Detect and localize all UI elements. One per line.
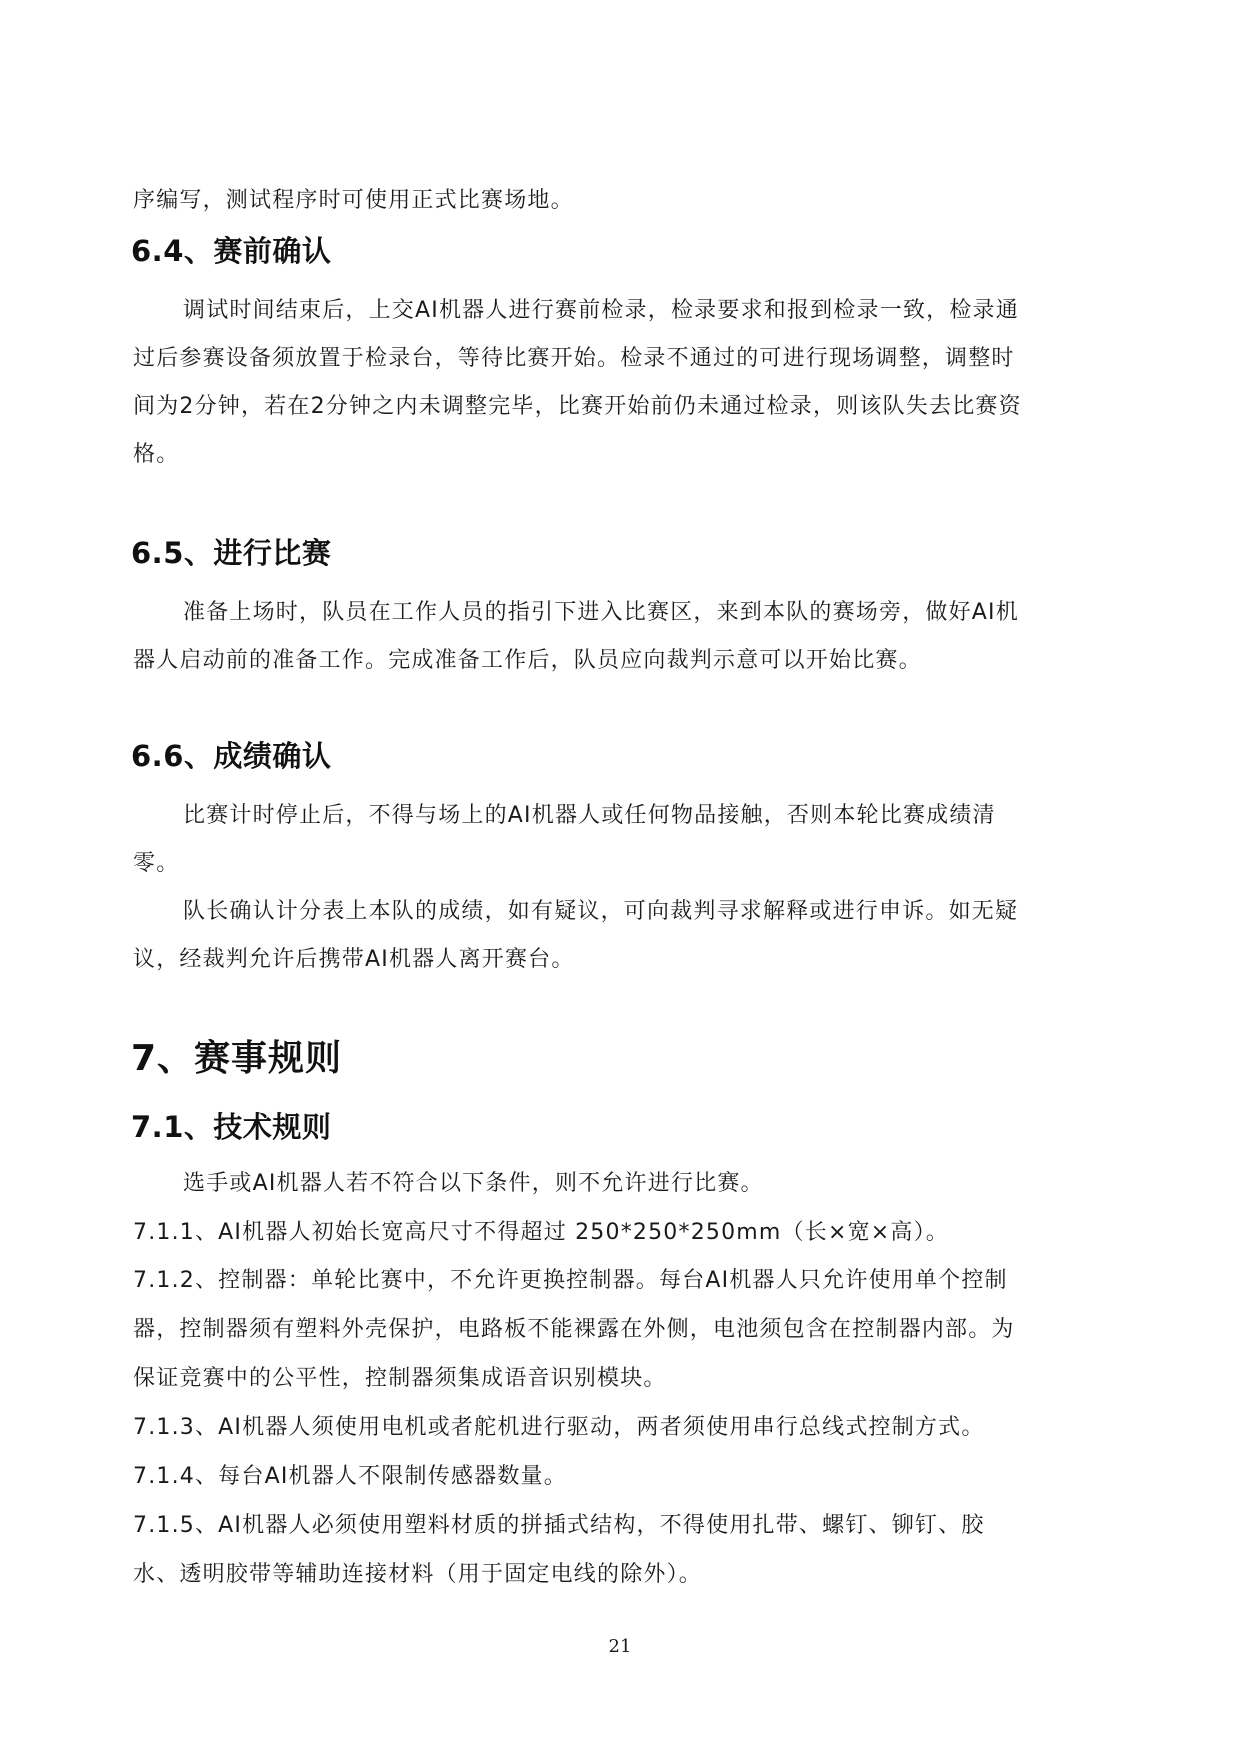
paragraph-line: 保证竞赛中的公平性，控制器须集成语音识别模块。 <box>133 1364 667 1394</box>
paragraph-line: 器，控制器须有塑料外壳保护，电路板不能裸露在外侧，电池须包含在控制器内部。为 <box>133 1315 1015 1345</box>
paragraph-line: 零。 <box>133 849 179 879</box>
paragraph-line: 间为2分钟，若在2分钟之内未调整完毕，比赛开始前仍未通过检录，则该队失去比赛资 <box>133 392 1022 422</box>
rule-item-7-1-4: 7.1.4、每台AI机器人不限制传感器数量。 <box>133 1462 567 1492</box>
paragraph-line: 过后参赛设备须放置于检录台，等待比赛开始。检录不通过的可进行现场调整，调整时 <box>133 344 1015 374</box>
rule-item-7-1-3: 7.1.3、AI机器人须使用电机或者舵机进行驱动，两者须使用串行总线式控制方式。 <box>133 1413 985 1443</box>
page-number: 21 <box>0 1636 1240 1658</box>
paragraph-line: 选手或AI机器人若不符合以下条件，则不允许进行比赛。 <box>183 1169 764 1199</box>
rule-item-7-1-5: 7.1.5、AI机器人必须使用塑料材质的拼插式结构，不得使用扎带、螺钉、铆钉、胶 <box>133 1511 985 1541</box>
section-heading-7-1: 7.1、技术规则 <box>131 1109 331 1145</box>
paragraph-line: 比赛计时停止后，不得与场上的AI机器人或任何物品接触，否则本轮比赛成绩清 <box>183 801 996 831</box>
paragraph-line: 格。 <box>133 440 179 470</box>
section-heading-6-6: 6.6、成绩确认 <box>131 738 331 774</box>
paragraph-line: 准备上场时，队员在工作人员的指引下进入比赛区，来到本队的赛场旁，做好AI机 <box>183 598 1019 628</box>
rule-item-7-1-1: 7.1.1、AI机器人初始长宽高尺寸不得超过 250*250*250mm（长×宽… <box>133 1218 949 1248</box>
section-heading-6-4: 6.4、赛前确认 <box>131 233 331 269</box>
document-page: 序编写，测试程序时可使用正式比赛场地。 6.4、赛前确认 调试时间结束后，上交A… <box>0 0 1240 1755</box>
rule-item-7-1-2: 7.1.2、控制器：单轮比赛中，不允许更换控制器。每台AI机器人只允许使用单个控… <box>133 1266 1008 1296</box>
chapter-heading-7: 7、赛事规则 <box>131 1037 342 1081</box>
paragraph-line: 水、透明胶带等辅助连接材料（用于固定电线的除外）。 <box>133 1560 702 1590</box>
paragraph-line: 器人启动前的准备工作。完成准备工作后，队员应向裁判示意可以开始比赛。 <box>133 646 922 676</box>
paragraph-line: 调试时间结束后，上交AI机器人进行赛前检录，检录要求和报到检录一致，检录通 <box>183 296 1019 326</box>
section-heading-6-5: 6.5、进行比赛 <box>131 535 331 571</box>
paragraph-line: 队长确认计分表上本队的成绩，如有疑议，可向裁判寻求解释或进行申诉。如无疑 <box>183 897 1018 927</box>
paragraph-line: 序编写，测试程序时可使用正式比赛场地。 <box>133 186 574 216</box>
paragraph-line: 议，经裁判允许后携带AI机器人离开赛台。 <box>133 945 575 975</box>
